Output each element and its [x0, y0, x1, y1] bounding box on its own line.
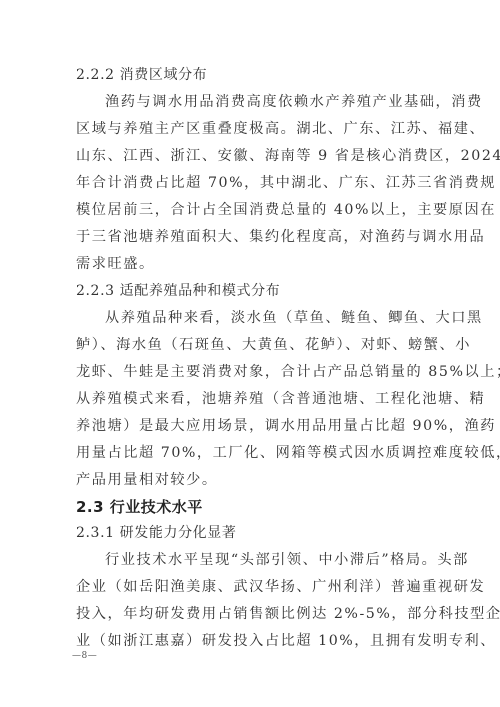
paragraph-line: 模位居前三，合计占全国消费总量的 40%以上，主要原因在	[76, 197, 426, 224]
paragraph-line: 山东、江西、浙江、安徽、海南等 9 省是核心消费区，2024	[76, 143, 426, 170]
paragraph-line: 用量占比超 70%，工厂化、网箱等模式因水质调控难度较低，	[76, 440, 426, 467]
document-page: 2.2.2 消费区域分布 渔药与调水用品消费高度依赖水产养殖产业基础，消费 区域…	[76, 62, 426, 655]
page-number: —8—	[72, 651, 97, 661]
paragraph-line: 企业（如岳阳渔美康、武汉华扬、广州利洋）普遍重视研发	[76, 574, 426, 601]
paragraph-line: 年合计消费占比超 70%，其中湖北、广东、江苏三省消费规	[76, 170, 426, 197]
paragraph-line: 于三省池塘养殖面积大、集约化程度高，对渔药与调水用品	[76, 224, 426, 251]
section-heading-2-3: 2.3 行业技术水平	[76, 494, 426, 520]
paragraph-line: 渔药与调水用品消费高度依赖水产养殖产业基础，消费	[76, 89, 426, 116]
paragraph-line: 龙虾、牛蛙是主要消费对象，合计占产品总销量的 85%以上；	[76, 359, 426, 386]
section-heading-2-2-3: 2.2.3 适配养殖品种和模式分布	[76, 278, 426, 305]
paragraph-line: 从养殖品种来看，淡水鱼（草鱼、鲢鱼、鲫鱼、大口黑	[76, 305, 426, 332]
paragraph-line: 产品用量相对较少。	[76, 467, 426, 494]
section-heading-2-2-2: 2.2.2 消费区域分布	[76, 62, 426, 89]
paragraph-line: 从养殖模式来看，池塘养殖（含普通池塘、工程化池塘、精	[76, 386, 426, 413]
paragraph-line: 鲈）、海水鱼（石斑鱼、大黄鱼、花鲈）、对虾、螃蟹、小	[76, 332, 426, 359]
paragraph-line: 养池塘）是最大应用场景，调水用品用量占比超 90%，渔药	[76, 413, 426, 440]
paragraph-line: 业（如浙江惠嘉）研发投入占比超 10%，且拥有发明专利、	[76, 628, 426, 655]
section-heading-2-3-1: 2.3.1 研发能力分化显著	[76, 520, 426, 547]
paragraph-line: 行业技术水平呈现“头部引领、中小滞后”格局。头部	[76, 547, 426, 574]
paragraph-line: 区域与养殖主产区重叠度极高。湖北、广东、江苏、福建、	[76, 116, 426, 143]
paragraph-line: 投入，年均研发费用占销售额比例达 2%-5%，部分科技型企	[76, 601, 426, 628]
paragraph-line: 需求旺盛。	[76, 251, 426, 278]
